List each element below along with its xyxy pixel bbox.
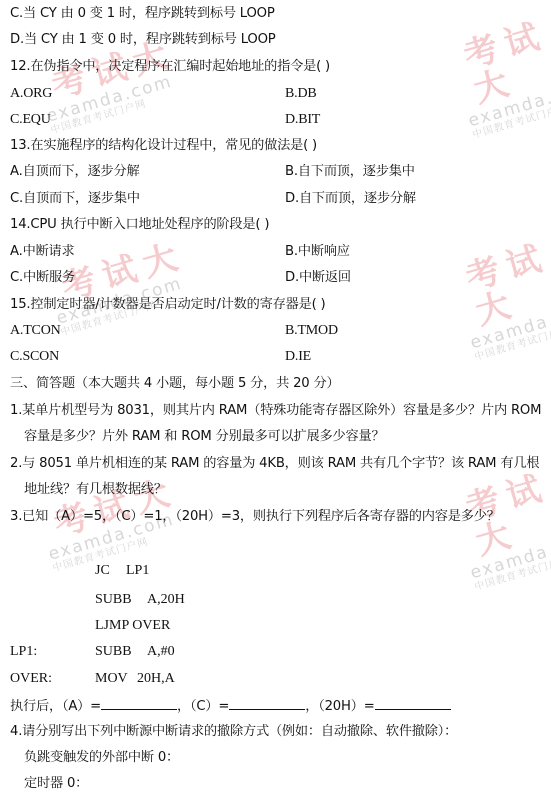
s3-q3-answer-line: 执行后，（A）=，（C）=，（20H）= bbox=[10, 696, 451, 716]
answer-prefix-c: ，（C）= bbox=[177, 699, 229, 714]
q15-option-c: C.SCON bbox=[10, 348, 59, 366]
s3-q1-line1: 1.某单片机型号为 8031，则其片内 RAM（特殊功能寄存器区除外）容量是多少… bbox=[10, 402, 541, 420]
code-op: SUBB bbox=[95, 643, 132, 661]
s3-q4-line1: 4.请分别写出下列中断源中断请求的撤除方式（例如：自动撤除、软件撤除）： bbox=[10, 723, 457, 741]
q11-option-d: D.当 CY 由 1 变 0 时，程序跳转到标号 LOOP bbox=[10, 31, 276, 49]
q13-stem: 13.在实施程序的结构化设计过程中，常见的做法是( ) bbox=[10, 137, 317, 155]
q13-option-d: D.自下而顶，逐步分解 bbox=[285, 190, 416, 208]
answer-prefix-20h: ，（20H）= bbox=[305, 699, 374, 714]
answer-blank-20h[interactable] bbox=[375, 696, 451, 710]
section3-heading: 三、简答题（本大题共 4 小题，每小题 5 分，共 20 分） bbox=[10, 375, 339, 393]
code-label: OVER: bbox=[10, 670, 52, 688]
q13-option-c: C.自顶而下，逐步集中 bbox=[10, 190, 140, 208]
q11-option-c: C.当 CY 由 0 变 1 时，程序跳转到标号 LOOP bbox=[10, 5, 275, 23]
answer-prefix-a: 执行后，（A）= bbox=[10, 699, 101, 714]
q15-stem: 15.控制定时器/计数器是否启动定时/计数的寄存器是( ) bbox=[10, 296, 325, 314]
q15-option-d: D.IE bbox=[285, 348, 311, 366]
q13-option-a: A.自顶而下，逐步分解 bbox=[10, 163, 139, 181]
code-arg: LP1 bbox=[126, 562, 149, 580]
q12-option-d: D.BIT bbox=[285, 111, 320, 129]
q12-stem: 12.在伪指令中，决定程序在汇编时起始地址的指令是( ) bbox=[10, 58, 330, 76]
answer-blank-c[interactable] bbox=[229, 696, 305, 710]
s3-q2-line1: 2.与 8051 单片机相连的某 RAM 的容量为 4KB，则该 RAM 共有几… bbox=[10, 455, 539, 473]
s3-q3-line1: 3.已知（A）=5，（C）=1，（20H）=3，则执行下列程序后各寄存器的内容是… bbox=[10, 508, 500, 526]
code-label: LP1: bbox=[10, 643, 37, 661]
q12-option-b: B.DB bbox=[285, 85, 317, 103]
s3-q2-line2: 地址线？有几根数据线？ bbox=[24, 481, 167, 499]
exam-page: 考试大 examda.com 中国教育考试门户网 考试大 examda.com … bbox=[0, 0, 551, 804]
q14-option-b: B.中断响应 bbox=[285, 243, 350, 261]
q14-option-a: A.中断请求 bbox=[10, 243, 75, 261]
document-content: C.当 CY 由 0 变 1 时，程序跳转到标号 LOOP D.当 CY 由 1… bbox=[0, 0, 551, 804]
code-op: JC bbox=[95, 562, 110, 580]
code-op: SUBB bbox=[95, 591, 132, 609]
s3-q4-item2: 定时器 0： bbox=[24, 775, 88, 793]
code-arg: A,20H bbox=[147, 591, 185, 609]
code-arg: 20H,A bbox=[137, 670, 175, 688]
q12-option-a: A.ORG bbox=[10, 85, 52, 103]
q15-option-a: A.TCON bbox=[10, 322, 61, 340]
answer-blank-a[interactable] bbox=[101, 696, 177, 710]
s3-q4-item1: 负跳变触发的外部中断 0： bbox=[24, 749, 179, 767]
code-op: LJMP OVER bbox=[95, 617, 170, 635]
q12-option-c: C.EQU bbox=[10, 111, 51, 129]
q14-option-c: C.中断服务 bbox=[10, 269, 75, 287]
q13-option-b: B.自下而顶，逐步集中 bbox=[285, 163, 415, 181]
q15-option-b: B.TMOD bbox=[285, 322, 338, 340]
q14-option-d: D.中断返回 bbox=[285, 269, 351, 287]
code-op: MOV bbox=[95, 670, 128, 688]
code-arg: A,#0 bbox=[147, 643, 175, 661]
q14-stem: 14.CPU 执行中断入口地址处程序的阶段是( ) bbox=[10, 216, 269, 234]
s3-q1-line2: 容量是多少？片外 RAM 和 ROM 分别最多可以扩展多少容量？ bbox=[24, 428, 384, 446]
